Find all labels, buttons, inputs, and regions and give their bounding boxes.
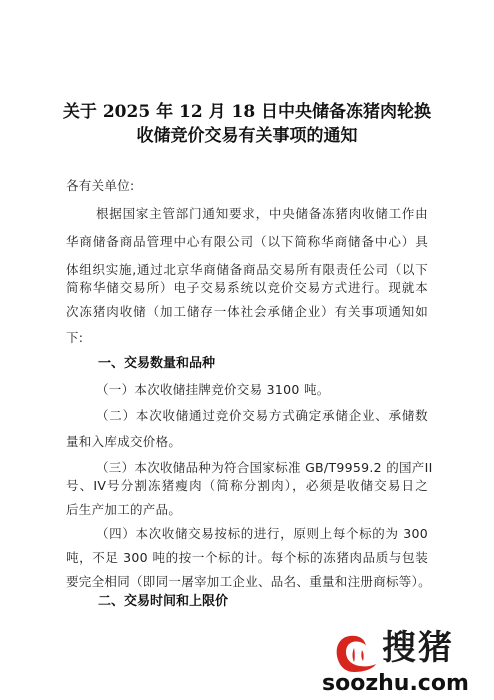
section-1-item-3-line: （三）本次收储品种为符合国家标准 GB/T9959.2 的国产II [96, 458, 428, 478]
soozhu-watermark: 搜猪 soozhu.com [320, 610, 492, 696]
document-title-line-1: 关于 2025 年 12 月 18 日中央储备冻猪肉轮换 [0, 100, 494, 124]
salutation: 各有关单位: [66, 176, 428, 196]
document-title-line-2: 收储竞价交易有关事项的通知 [0, 124, 494, 148]
intro-line: 次冻猪肉收储（加工储存一体社会承储企业）有关事项通知如 [66, 302, 428, 322]
intro-line: 下: [66, 328, 428, 348]
section-1-item-4-line: 要完全相同（即同一屠宰加工企业、品名、重量和注册商标等）。 [66, 572, 428, 592]
intro-line: 根据国家主管部门通知要求，中央储备冻猪肉收储工作由 [96, 204, 428, 224]
section-1-item-4-line: （四）本次收储交易按标的进行，原则上每个标的为 300 [96, 524, 428, 544]
section-1-item-3-line: 号、IV号分割冻猪瘦肉（简称分割肉），必须是收储交易日之 [66, 476, 428, 496]
section-1-item-2-line: （二）本次收储通过竞价交易方式确定承储企业、承储数 [96, 406, 428, 426]
section-1-heading: 一、交易数量和品种 [98, 354, 215, 374]
intro-line: 华商储备商品管理中心有限公司（以下简称华商储备中心）具 [66, 232, 428, 252]
brand-name-cn: 搜猪 [382, 628, 454, 668]
section-1-item-4-line: 吨，不足 300 吨的按一个标的计。每个标的冻猪肉品质与包装 [66, 548, 428, 568]
section-1-item-1: （一）本次收储挂牌竞价交易 3100 吨。 [96, 380, 428, 400]
section-1-item-3-line: 后生产加工的产品。 [66, 500, 428, 520]
intro-line: 简称华储交易所）电子交易系统以竞价交易方式进行。现就本 [66, 278, 428, 298]
section-2-heading: 二、交易时间和上限价 [98, 592, 228, 612]
brand-name-en: soozhu.com [322, 672, 469, 696]
document-page: 关于 2025 年 12 月 18 日中央储备冻猪肉轮换 收储竞价交易有关事项的… [0, 0, 494, 700]
intro-line: 体组织实施,通过北京华商储备商品交易所有限责任公司（以下 [66, 260, 428, 280]
section-1-item-2-line: 量和入库成交价格。 [66, 432, 428, 452]
